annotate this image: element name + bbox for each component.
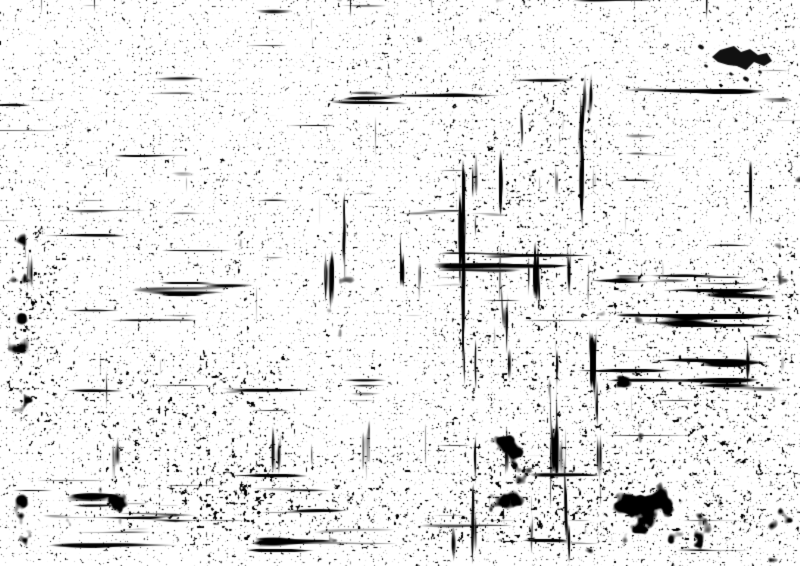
grunge-texture-image	[0, 0, 800, 566]
grunge-texture-canvas	[0, 0, 800, 566]
